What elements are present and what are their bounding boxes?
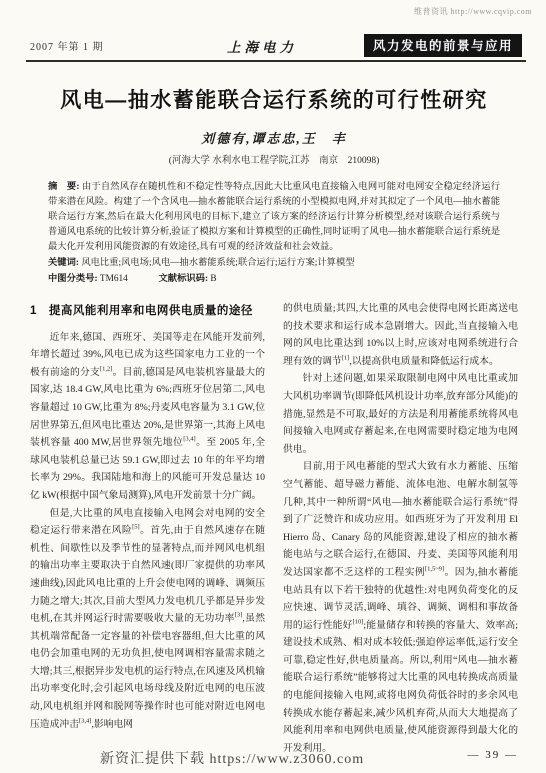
clc-value: TM614 (100, 274, 128, 284)
article-title: 风电—抽水蓄能联合运行系统的可行性研究 (30, 84, 518, 114)
article-meta: 摘 要: 由于自然风存在随机性和不稳定性等特点,因此大比重风电直接输入电网可能对… (48, 180, 500, 287)
authors-line: 刘德有,谭志忠,王 丰 (30, 128, 518, 147)
doc-code-value: B (210, 274, 216, 284)
body-paragraph: 但是,大比重的风电直接输入电网会对电网的安全稳定运行带来潜在风险[5]。首先,由… (30, 505, 265, 734)
classification-block: 中图分类号: TM614 文献标识码: B (48, 272, 500, 287)
abstract-block: 摘 要: 由于自然风存在随机性和不稳定性等特点,因此大比重风电直接输入电网可能对… (48, 180, 500, 255)
header-rule (26, 60, 526, 62)
journal-page: 维普资讯 http://www.cqvip.com 2007 年第 1 期 上海… (0, 0, 546, 773)
journal-name: 上海电力 (160, 36, 364, 56)
abstract-text: 由于自然风存在随机性和不稳定性等特点,因此大比重风电直接输入电网可能对电网安全稳… (48, 182, 500, 252)
clc-label: 中图分类号: (48, 274, 98, 284)
page-number: — 39 — (468, 749, 519, 761)
affiliation-line: (河海大学 水利水电工程学院,江苏 南京 210098) (30, 152, 518, 166)
body-paragraph: 的供电质量;其四,大比重的风电会使得电网长距离送电的技术要求和运行成本急剧增大。… (283, 300, 518, 370)
abstract-label: 摘 要: (48, 182, 79, 192)
keywords-block: 关键词: 风电比重;风电场;风电—抽水蓄能系统;联合运行;运行方案;计算模型 (48, 256, 500, 271)
issue-label: 2007 年第 1 期 (30, 38, 160, 53)
two-column-body: 1 提高风能利用率和电网供电质量的途径 近年来,德国、西班牙、美国等走在风能开发… (30, 300, 518, 757)
download-watermark: 新资汇提供下载 https://www.z3060.com (100, 748, 364, 768)
keywords-label: 关键词: (48, 258, 79, 268)
article-content: 风电—抽水蓄能联合运行系统的可行性研究 刘德有,谭志忠,王 丰 (河海大学 水利… (30, 66, 518, 757)
journal-header: 2007 年第 1 期 上海电力 风力发电的前景与应用 (30, 34, 522, 57)
column-badge: 风力发电的前景与应用 (364, 34, 522, 57)
body-paragraph: 近年来,德国、西班牙、美国等走在风能开发前列,年增长超过 39%,风电已成为这些… (30, 329, 265, 505)
cqvip-watermark: 维普资讯 http://www.cqvip.com (414, 6, 532, 17)
doc-code-label: 文献标识码: (158, 274, 208, 284)
section-1-heading: 1 提高风能利用率和电网供电质量的途径 (30, 303, 265, 321)
left-column: 1 提高风能利用率和电网供电质量的途径 近年来,德国、西班牙、美国等走在风能开发… (30, 300, 265, 757)
keywords-text: 风电比重;风电场;风电—抽水蓄能系统;联合运行;运行方案;计算模型 (81, 258, 354, 268)
body-paragraph: 针对上述问题,如果采取限制电网中风电比重或加大风机功率调节(即降低风机设计功率,… (283, 370, 518, 458)
body-paragraph: 目前,用于风电蓄能的型式大致有水力蓄能、压缩空气蓄能、超导磁力蓄能、流体电池、电… (283, 458, 518, 757)
right-column: 的供电质量;其四,大比重的风电会使得电网长距离送电的技术要求和运行成本急剧增大。… (283, 300, 518, 757)
